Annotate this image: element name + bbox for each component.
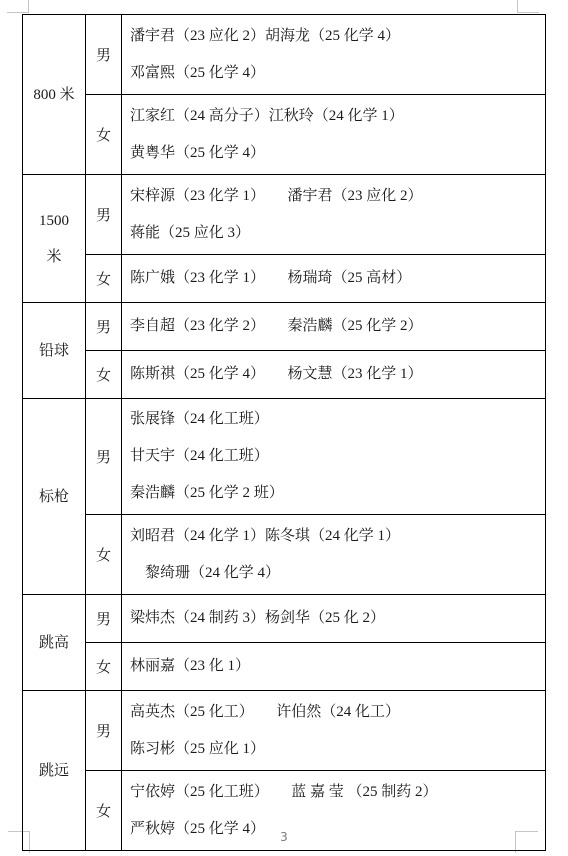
- gender-cell: 男: [86, 15, 122, 95]
- table-row: 标枪男张展锋（24 化工班）甘天宇（24 化工班）秦浩麟（25 化学 2 班）: [23, 399, 546, 515]
- gender-cell: 男: [86, 175, 122, 255]
- participants-cell: 宋梓源（23 化学 1） 潘宇君（23 应化 2）蒋能（25 应化 3）: [122, 175, 546, 255]
- participant-line: 秦浩麟（25 化学 2 班）: [130, 475, 541, 512]
- table-row: 女林丽嘉（23 化 1）: [23, 643, 546, 691]
- participant-line: 甘天宇（24 化工班）: [130, 438, 541, 475]
- gender-cell: 男: [86, 691, 122, 771]
- participants-cell: 李自超（23 化学 2） 秦浩麟（25 化学 2）: [122, 303, 546, 351]
- table-row: 女江家红（24 高分子）江秋玲（24 化学 1）黄粤华（25 化学 4）: [23, 95, 546, 175]
- table-row: 女陈斯祺（25 化学 4） 杨文慧（23 化学 1）: [23, 351, 546, 399]
- event-cell: 跳高: [23, 595, 86, 691]
- text-boundary-corner-top-right: [517, 0, 539, 13]
- event-label: 1500: [25, 203, 83, 239]
- participant-line: 黎绮珊（24 化学 4）: [130, 555, 541, 592]
- participants-cell: 张展锋（24 化工班）甘天宇（24 化工班）秦浩麟（25 化学 2 班）: [122, 399, 546, 515]
- participants-cell: 陈广娥（23 化学 1） 杨瑞琦（25 高材）: [122, 255, 546, 303]
- gender-cell: 女: [86, 351, 122, 399]
- event-cell: 800 米: [23, 15, 86, 175]
- event-label: 跳远: [25, 753, 83, 789]
- participant-line: 宁依婷（25 化工班） 蓝 嘉 莹 （25 制药 2）: [130, 774, 541, 811]
- event-roster-table: 800 米男潘宇君（23 应化 2）胡海龙（25 化学 4）邓富熙（25 化学 …: [22, 14, 546, 851]
- event-cell: 跳远: [23, 691, 86, 851]
- event-label: 800 米: [25, 77, 83, 113]
- gender-cell: 女: [86, 643, 122, 691]
- document-page: 800 米男潘宇君（23 应化 2）胡海龙（25 化学 4）邓富熙（25 化学 …: [0, 0, 568, 856]
- participants-cell: 江家红（24 高分子）江秋玲（24 化学 1）黄粤华（25 化学 4）: [122, 95, 546, 175]
- participants-cell: 林丽嘉（23 化 1）: [122, 643, 546, 691]
- participants-cell: 高英杰（25 化工） 许伯然（24 化工）陈习彬（25 应化 1）: [122, 691, 546, 771]
- participant-line: 陈斯祺（25 化学 4） 杨文慧（23 化学 1）: [130, 356, 541, 393]
- participant-line: 陈广娥（23 化学 1） 杨瑞琦（25 高材）: [130, 260, 541, 297]
- table-row: 1500米男宋梓源（23 化学 1） 潘宇君（23 应化 2）蒋能（25 应化 …: [23, 175, 546, 255]
- participant-line: 林丽嘉（23 化 1）: [130, 648, 541, 685]
- gender-cell: 男: [86, 303, 122, 351]
- participant-line: 高英杰（25 化工） 许伯然（24 化工）: [130, 694, 541, 731]
- page-number: 3: [22, 830, 546, 844]
- event-label: 米: [25, 239, 83, 275]
- event-cell: 标枪: [23, 399, 86, 595]
- participants-cell: 潘宇君（23 应化 2）胡海龙（25 化学 4）邓富熙（25 化学 4）: [122, 15, 546, 95]
- gender-cell: 女: [86, 95, 122, 175]
- participant-line: 黄粤华（25 化学 4）: [130, 135, 541, 172]
- event-label: 铅球: [25, 333, 83, 369]
- gender-cell: 男: [86, 595, 122, 643]
- table-row: 跳远男高英杰（25 化工） 许伯然（24 化工）陈习彬（25 应化 1）: [23, 691, 546, 771]
- participants-cell: 梁炜杰（24 制药 3）杨剑华（25 化 2）: [122, 595, 546, 643]
- participant-line: 邓富熙（25 化学 4）: [130, 55, 541, 92]
- gender-cell: 男: [86, 399, 122, 515]
- table-row: 铅球男李自超（23 化学 2） 秦浩麟（25 化学 2）: [23, 303, 546, 351]
- gender-cell: 女: [86, 255, 122, 303]
- table-row: 女陈广娥（23 化学 1） 杨瑞琦（25 高材）: [23, 255, 546, 303]
- participant-line: 刘昭君（24 化学 1）陈冬琪（24 化学 1）: [130, 518, 541, 555]
- participants-cell: 陈斯祺（25 化学 4） 杨文慧（23 化学 1）: [122, 351, 546, 399]
- participant-line: 陈习彬（25 应化 1）: [130, 731, 541, 768]
- event-label: 跳高: [25, 625, 83, 661]
- event-cell: 铅球: [23, 303, 86, 399]
- participant-line: 梁炜杰（24 制药 3）杨剑华（25 化 2）: [130, 600, 541, 637]
- participant-line: 李自超（23 化学 2） 秦浩麟（25 化学 2）: [130, 308, 541, 345]
- participant-line: 蒋能（25 应化 3）: [130, 215, 541, 252]
- table-row: 女刘昭君（24 化学 1）陈冬琪（24 化学 1） 黎绮珊（24 化学 4）: [23, 515, 546, 595]
- table-row: 跳高男梁炜杰（24 制药 3）杨剑华（25 化 2）: [23, 595, 546, 643]
- participant-line: 江家红（24 高分子）江秋玲（24 化学 1）: [130, 98, 541, 135]
- participant-line: 张展锋（24 化工班）: [130, 401, 541, 438]
- participant-line: 潘宇君（23 应化 2）胡海龙（25 化学 4）: [130, 18, 541, 55]
- gender-cell: 女: [86, 515, 122, 595]
- participants-cell: 刘昭君（24 化学 1）陈冬琪（24 化学 1） 黎绮珊（24 化学 4）: [122, 515, 546, 595]
- text-boundary-corner-top-left: [7, 0, 29, 13]
- participant-line: 宋梓源（23 化学 1） 潘宇君（23 应化 2）: [130, 178, 541, 215]
- event-label: 标枪: [25, 479, 83, 515]
- event-cell: 1500米: [23, 175, 86, 303]
- table-row: 800 米男潘宇君（23 应化 2）胡海龙（25 化学 4）邓富熙（25 化学 …: [23, 15, 546, 95]
